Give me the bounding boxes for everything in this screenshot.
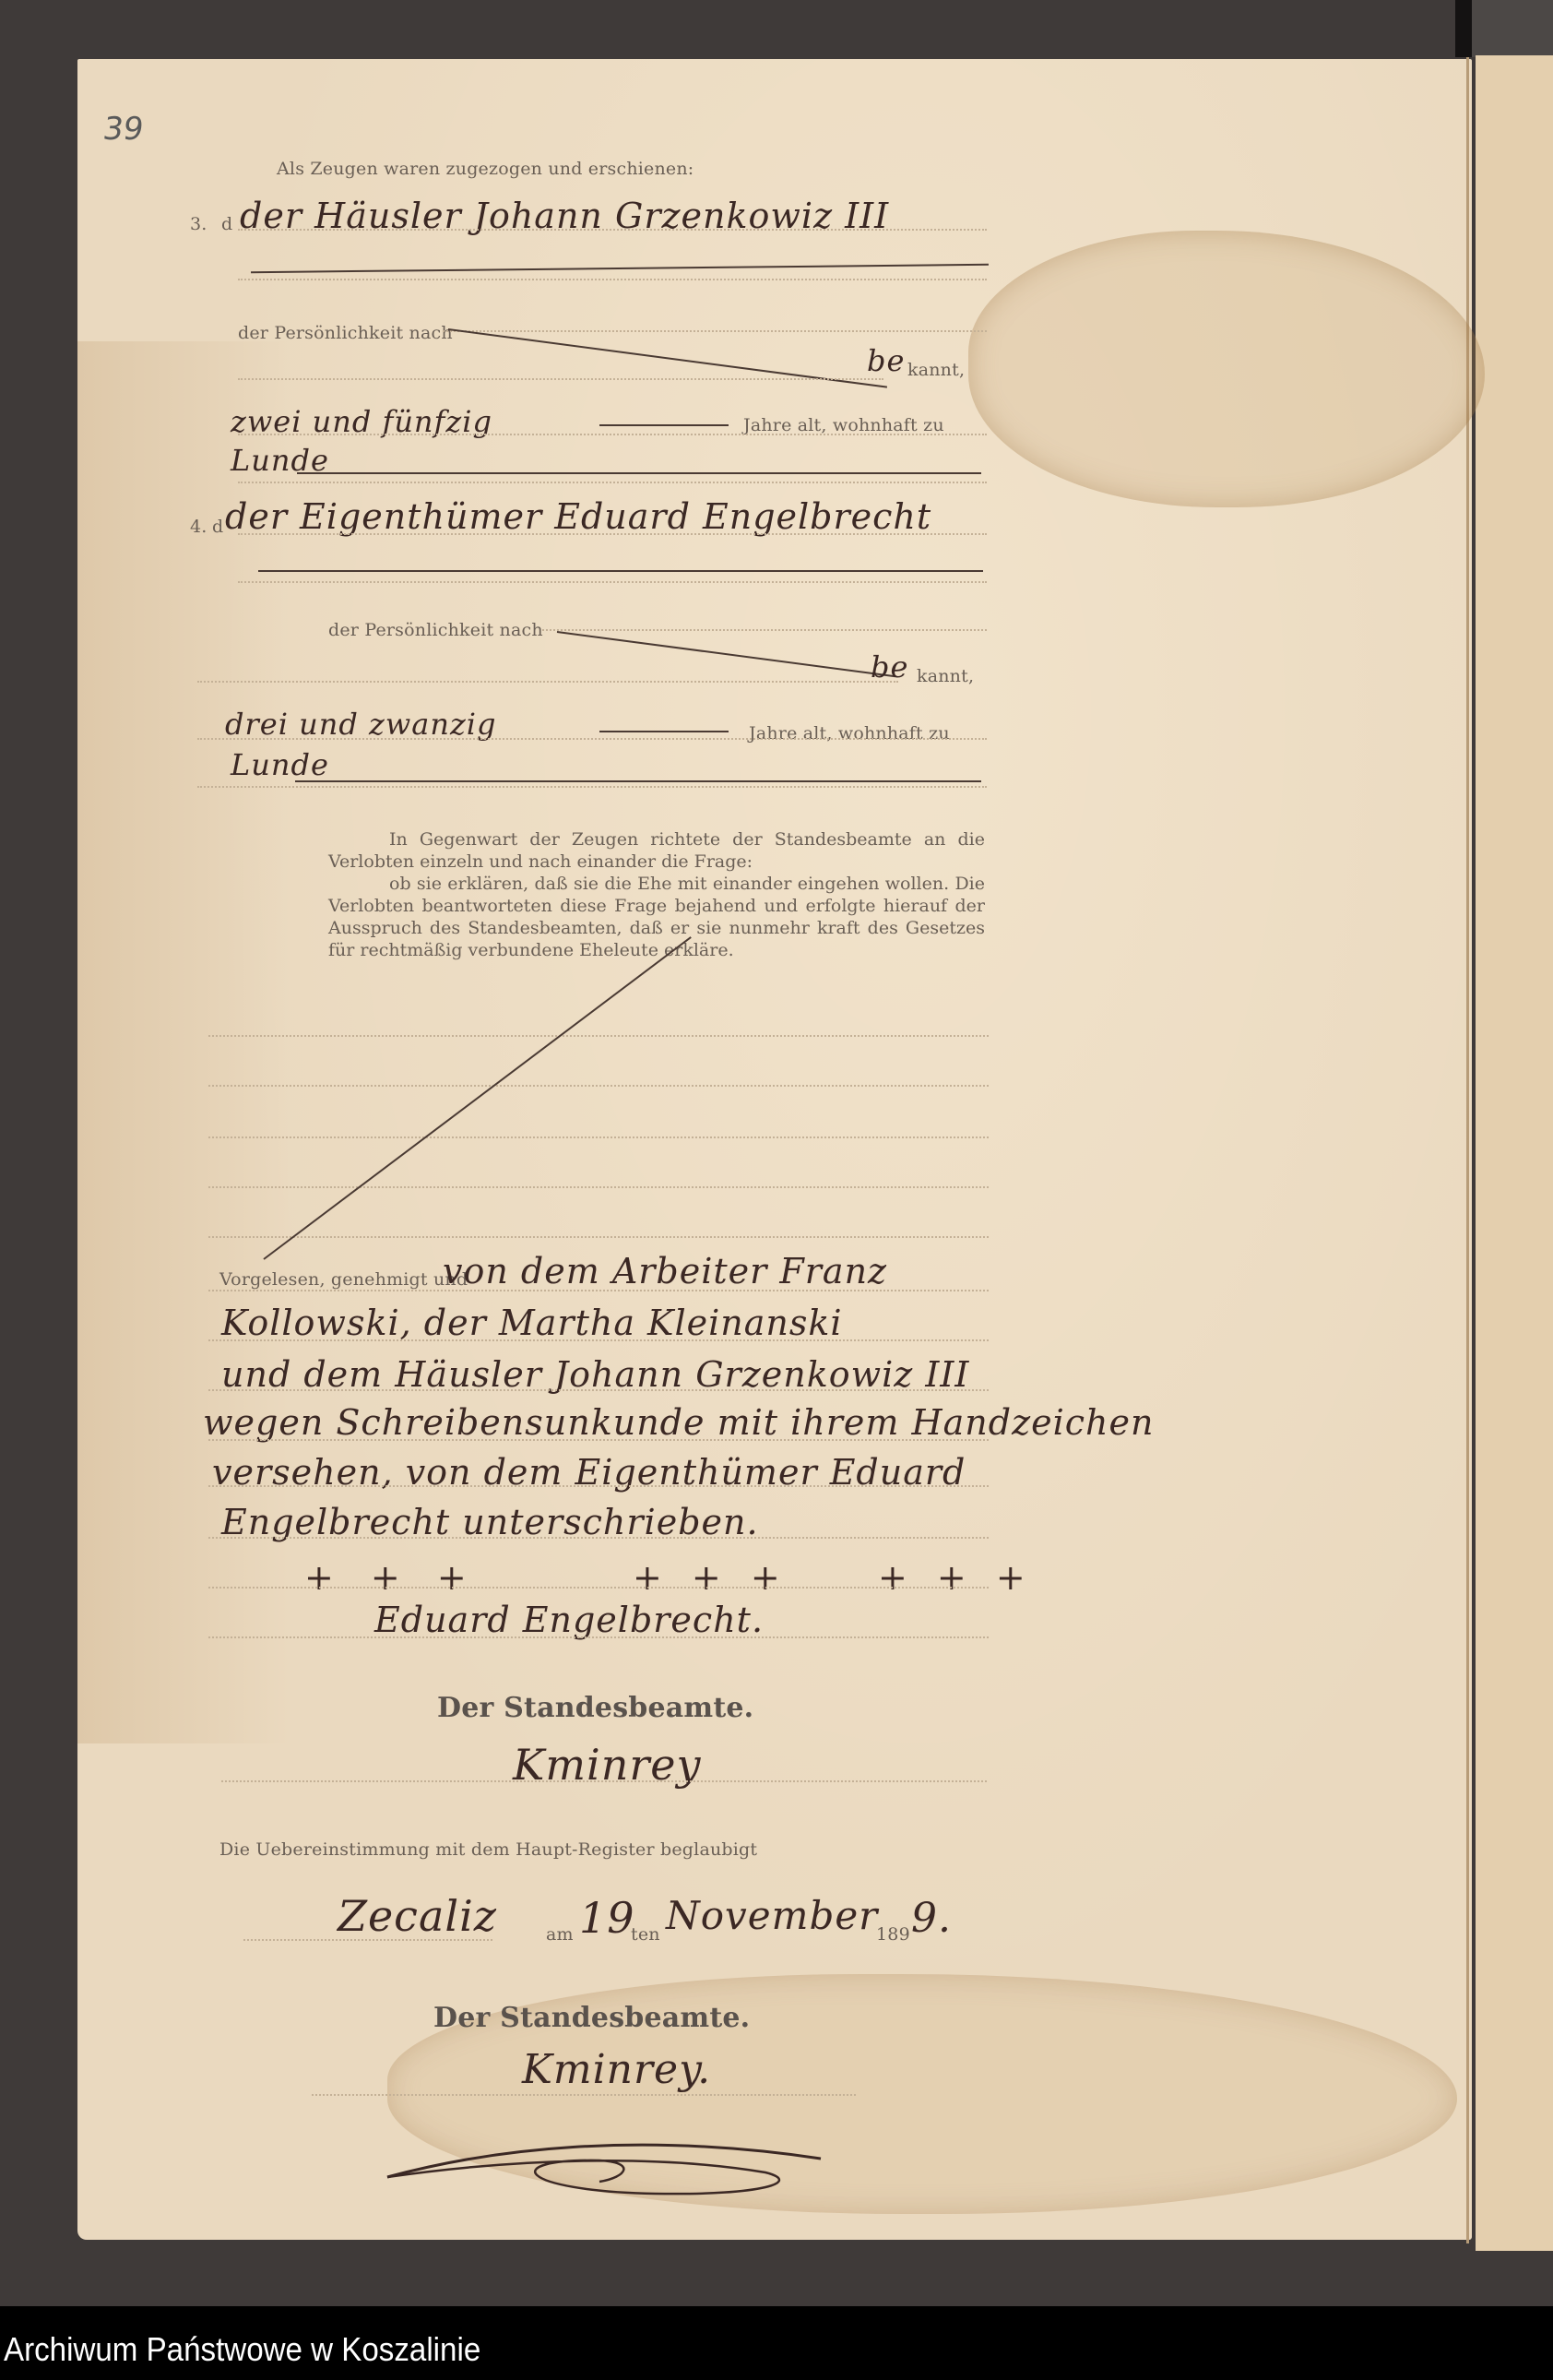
- witness-3-age-label: Jahre alt, wohnhaft zu: [743, 415, 944, 435]
- ruled-line: [238, 581, 987, 583]
- ruled-line: [208, 1636, 989, 1638]
- ceremony-paragraph: In Gegenwart der Zeugen richtete der Sta…: [328, 828, 985, 961]
- ruled-line: [208, 1186, 989, 1188]
- witness-4-age: drei und zwanzig: [225, 707, 497, 742]
- witness-signature: Eduard Engelbrecht.: [374, 1600, 764, 1640]
- witness-4-number: 4.: [190, 517, 207, 537]
- read-approved-line-4: wegen Schreibensunkunde mit ihrem Handze…: [203, 1402, 1154, 1443]
- ruled-line: [197, 786, 987, 788]
- read-approved-line-1: von dem Arbeiter Franz: [443, 1251, 887, 1291]
- ruled-line: [208, 1339, 989, 1341]
- witness-3-number: 3.: [190, 214, 207, 234]
- ruled-line: [238, 279, 987, 280]
- witnesses-intro: Als Zeugen waren zugezogen und erschiene…: [277, 159, 694, 179]
- read-approved-label: Vorgelesen, genehmigt und: [219, 1269, 468, 1290]
- ruled-line: [208, 1587, 989, 1589]
- witness-4-residence: Lunde: [231, 747, 329, 782]
- ink-rule: [599, 424, 729, 426]
- witness-3-identity-label: der Persönlichkeit nach: [238, 323, 453, 343]
- witness-4-known-print: kannt,: [917, 666, 974, 686]
- ruled-line: [197, 681, 898, 683]
- ruled-line: [312, 2094, 856, 2096]
- ruled-line: [208, 1290, 989, 1291]
- ruled-line: [208, 1085, 989, 1087]
- witness-4-age-label: Jahre alt, wohnhaft zu: [749, 723, 950, 744]
- ruled-line: [238, 378, 883, 380]
- ruled-line: [208, 1389, 989, 1391]
- witness-4-identity-label: der Persönlichkeit nach: [328, 620, 543, 640]
- ruled-line: [238, 482, 987, 483]
- ruled-line: [208, 1485, 989, 1487]
- ink-rule: [258, 570, 983, 572]
- date-am: am: [546, 1924, 574, 1945]
- witness-3-known-print: kannt,: [907, 360, 965, 380]
- ruled-line: [238, 533, 987, 535]
- date-year-printed: 189: [876, 1924, 910, 1945]
- ceremony-paragraph-1: In Gegenwart der Zeugen richtete der Sta…: [328, 828, 985, 873]
- facing-page: [1476, 55, 1553, 2251]
- ruled-line: [208, 1136, 989, 1138]
- ruled-line: [208, 1537, 989, 1539]
- certification-label: Die Uebereinstimmung mit dem Haupt-Regis…: [219, 1839, 757, 1860]
- read-approved-line-2: Kollowski, der Martha Kleinanski: [221, 1303, 843, 1343]
- witness-4-prefix: d: [212, 517, 223, 537]
- ruled-line: [221, 1780, 987, 1782]
- registrar-signature-2: Kminrey.: [522, 2046, 711, 2093]
- handmark-1: + + +: [304, 1557, 480, 1598]
- witness-4-name: der Eigenthümer Eduard Engelbrecht: [225, 496, 931, 537]
- date-year-handwritten: 9.: [911, 1895, 952, 1942]
- adjacent-page-edge: [1472, 0, 1553, 57]
- witness-3-prefix: d: [221, 214, 232, 234]
- date-day: 19: [579, 1893, 635, 1943]
- ceremony-paragraph-2: ob sie erklären, daß sie die Ehe mit ein…: [328, 873, 985, 961]
- ruled-line: [542, 629, 987, 631]
- ruled-line: [197, 738, 987, 740]
- signature-flourish: [378, 2122, 858, 2196]
- ink-rule: [297, 472, 981, 474]
- ruled-line: [208, 1236, 989, 1238]
- witness-4-known-hand: be: [871, 649, 908, 684]
- ruled-line: [443, 330, 987, 332]
- registrar-label-1: Der Standesbeamte.: [437, 1692, 753, 1724]
- margin-page-number: 39: [101, 111, 146, 148]
- ink-rule: [295, 780, 981, 782]
- ruled-line: [238, 434, 987, 435]
- handmark-2: + + +: [633, 1557, 789, 1598]
- handmark-3: + + +: [878, 1557, 1035, 1598]
- certification-place: Zecaliz: [338, 1891, 497, 1941]
- ruled-line: [243, 1939, 492, 1941]
- date-month: November: [666, 1893, 878, 1938]
- archive-name: Archiwum Państwowe w Koszalinie: [4, 2330, 480, 2369]
- witness-3-known-hand: be: [867, 343, 905, 378]
- date-ten: ten: [631, 1924, 660, 1945]
- ruled-line: [208, 1035, 989, 1037]
- ruled-line: [208, 1439, 989, 1441]
- ruled-line: [238, 229, 987, 231]
- registrar-label-2: Der Standesbeamte.: [433, 2002, 750, 2034]
- ink-rule: [599, 731, 729, 732]
